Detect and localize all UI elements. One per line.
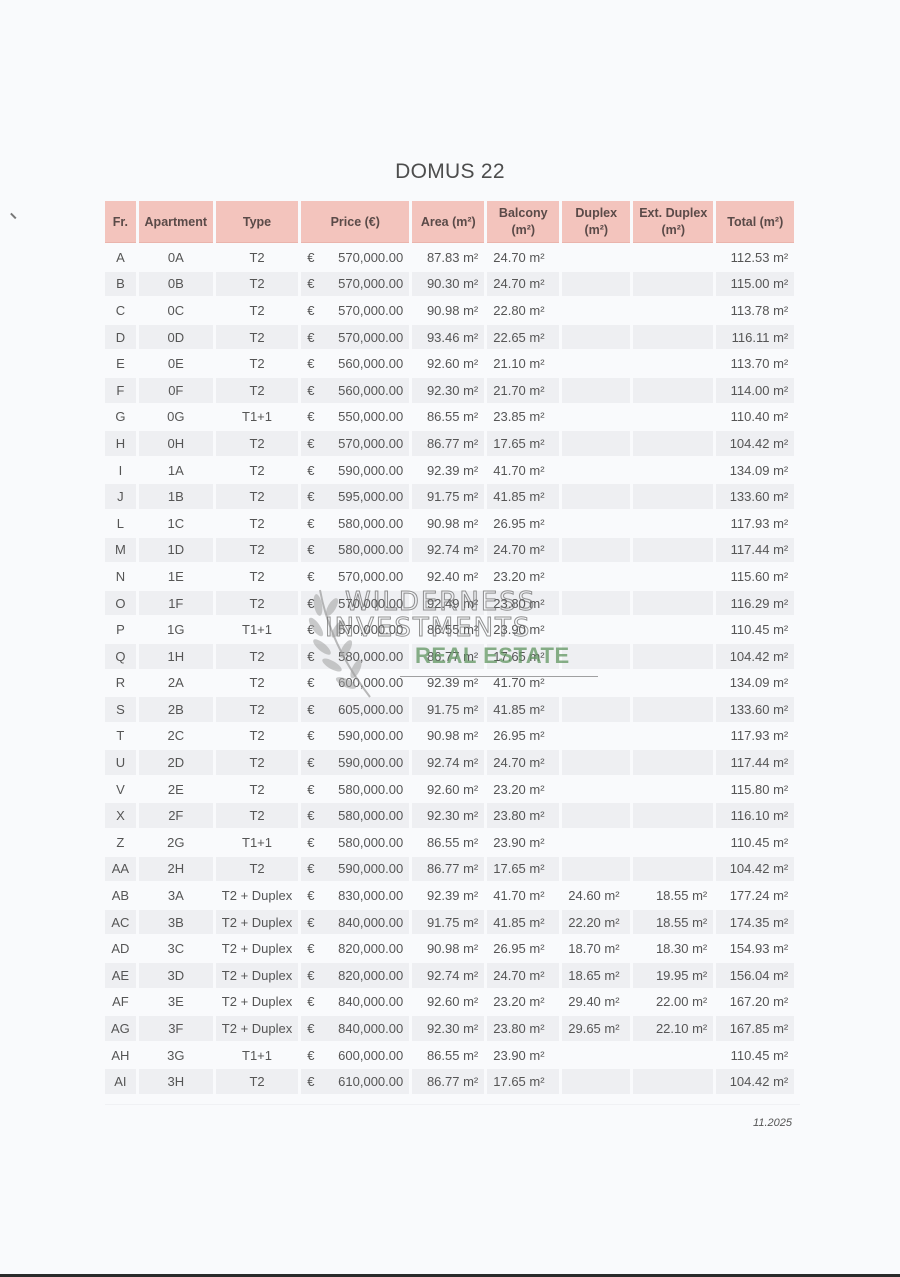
- table-row: S2BT2€605,000.0091.75 m²41.85 m²133.60 m…: [105, 697, 794, 722]
- cell-duplex: [562, 484, 630, 509]
- cell-fr: D: [105, 325, 136, 350]
- cell-fr: G: [105, 405, 136, 430]
- table-row: AI3HT2€610,000.0086.77 m²17.65 m²104.42 …: [105, 1069, 794, 1094]
- cell-fr: Z: [105, 830, 136, 855]
- cell-type: T2 + Duplex: [216, 963, 298, 988]
- cell-type: T2: [216, 777, 298, 802]
- cell-total: 174.35 m²: [716, 910, 794, 935]
- cell-area: 92.60 m²: [412, 351, 484, 376]
- cell-ext-duplex: 18.55 m²: [633, 910, 713, 935]
- cell-fr: Q: [105, 644, 136, 669]
- cell-price: €830,000.00: [301, 883, 409, 908]
- cell-apartment: 3F: [139, 1016, 213, 1041]
- cell-fr: X: [105, 803, 136, 828]
- cell-price: €590,000.00: [301, 458, 409, 483]
- cell-type: T2 + Duplex: [216, 936, 298, 961]
- cell-area: 86.77 m²: [412, 1069, 484, 1094]
- cell-area: 86.77 m²: [412, 857, 484, 882]
- currency-symbol: €: [307, 622, 314, 637]
- cell-fr: E: [105, 351, 136, 376]
- table-row: AE3DT2 + Duplex€820,000.0092.74 m²24.70 …: [105, 963, 794, 988]
- cell-price: €580,000.00: [301, 538, 409, 563]
- price-value: 830,000.00: [338, 888, 403, 903]
- table-row: Z2GT1+1€580,000.0086.55 m²23.90 m²110.45…: [105, 830, 794, 855]
- cell-price: €570,000.00: [301, 298, 409, 323]
- cell-type: T2: [216, 564, 298, 589]
- currency-symbol: €: [307, 808, 314, 823]
- cell-ext-duplex: [633, 830, 713, 855]
- cell-area: 91.75 m²: [412, 910, 484, 935]
- cell-fr: H: [105, 431, 136, 456]
- cell-balcony: 21.10 m²: [487, 351, 559, 376]
- cell-duplex: [562, 245, 630, 270]
- price-value: 580,000.00: [338, 835, 403, 850]
- cell-ext-duplex: [633, 511, 713, 536]
- currency-symbol: €: [307, 303, 314, 318]
- cell-balcony: 23.80 m²: [487, 803, 559, 828]
- cell-price: €580,000.00: [301, 803, 409, 828]
- cell-fr: L: [105, 511, 136, 536]
- cell-duplex: [562, 1069, 630, 1094]
- header-balcony: Balcony(m²): [487, 201, 559, 243]
- cell-apartment: 2B: [139, 697, 213, 722]
- cell-balcony: 23.80 m²: [487, 1016, 559, 1041]
- cell-apartment: 0C: [139, 298, 213, 323]
- cell-area: 92.30 m²: [412, 1016, 484, 1041]
- cell-total: 117.44 m²: [716, 750, 794, 775]
- cell-apartment: 0H: [139, 431, 213, 456]
- cell-area: 86.77 m²: [412, 644, 484, 669]
- table-row: M1DT2€580,000.0092.74 m²24.70 m²117.44 m…: [105, 538, 794, 563]
- cell-fr: M: [105, 538, 136, 563]
- cell-area: 93.46 m²: [412, 325, 484, 350]
- cell-ext-duplex: 18.55 m²: [633, 883, 713, 908]
- cell-apartment: 3B: [139, 910, 213, 935]
- cell-price: €600,000.00: [301, 671, 409, 696]
- currency-symbol: €: [307, 516, 314, 531]
- cell-total: 116.10 m²: [716, 803, 794, 828]
- price-value: 605,000.00: [338, 702, 403, 717]
- cell-type: T2 + Duplex: [216, 910, 298, 935]
- cell-area: 86.55 m²: [412, 617, 484, 642]
- scan-mark: [10, 213, 16, 219]
- cell-ext-duplex: [633, 298, 713, 323]
- cell-apartment: 1G: [139, 617, 213, 642]
- cell-area: 92.74 m²: [412, 963, 484, 988]
- currency-symbol: €: [307, 702, 314, 717]
- cell-area: 92.39 m²: [412, 671, 484, 696]
- currency-symbol: €: [307, 569, 314, 584]
- cell-duplex: [562, 857, 630, 882]
- cell-price: €590,000.00: [301, 750, 409, 775]
- table-row: E0ET2€560,000.0092.60 m²21.10 m²113.70 m…: [105, 351, 794, 376]
- cell-total: 113.78 m²: [716, 298, 794, 323]
- cell-fr: J: [105, 484, 136, 509]
- cell-duplex: [562, 431, 630, 456]
- cell-apartment: 0D: [139, 325, 213, 350]
- cell-type: T2: [216, 298, 298, 323]
- table-row: AC3BT2 + Duplex€840,000.0091.75 m²41.85 …: [105, 910, 794, 935]
- currency-symbol: €: [307, 409, 314, 424]
- cell-ext-duplex: [633, 484, 713, 509]
- cell-type: T2: [216, 325, 298, 350]
- cell-price: €560,000.00: [301, 378, 409, 403]
- price-value: 580,000.00: [338, 516, 403, 531]
- cell-price: €820,000.00: [301, 963, 409, 988]
- cell-type: T1+1: [216, 617, 298, 642]
- cell-apartment: 0G: [139, 405, 213, 430]
- cell-apartment: 2G: [139, 830, 213, 855]
- cell-total: 104.42 m²: [716, 431, 794, 456]
- cell-area: 91.75 m²: [412, 484, 484, 509]
- cell-ext-duplex: [633, 272, 713, 297]
- cell-total: 117.93 m²: [716, 724, 794, 749]
- cell-type: T2: [216, 671, 298, 696]
- cell-balcony: 23.90 m²: [487, 830, 559, 855]
- cell-fr: AI: [105, 1069, 136, 1094]
- cell-type: T2: [216, 431, 298, 456]
- cell-balcony: 24.70 m²: [487, 750, 559, 775]
- currency-symbol: €: [307, 1048, 314, 1063]
- table-row: AG3FT2 + Duplex€840,000.0092.30 m²23.80 …: [105, 1016, 794, 1041]
- cell-type: T2: [216, 750, 298, 775]
- cell-ext-duplex: [633, 803, 713, 828]
- currency-symbol: €: [307, 1074, 314, 1089]
- cell-price: €840,000.00: [301, 1016, 409, 1041]
- currency-symbol: €: [307, 915, 314, 930]
- header-duplex-line1: Duplex: [575, 206, 617, 220]
- cell-type: T2 + Duplex: [216, 990, 298, 1015]
- cell-duplex: [562, 750, 630, 775]
- cell-total: 104.42 m²: [716, 644, 794, 669]
- cell-type: T2: [216, 458, 298, 483]
- cell-fr: B: [105, 272, 136, 297]
- currency-symbol: €: [307, 675, 314, 690]
- cell-fr: AH: [105, 1043, 136, 1068]
- price-value: 570,000.00: [338, 330, 403, 345]
- cell-area: 90.98 m²: [412, 724, 484, 749]
- cell-balcony: 23.20 m²: [487, 990, 559, 1015]
- cell-price: €600,000.00: [301, 1043, 409, 1068]
- cell-type: T2: [216, 724, 298, 749]
- cell-ext-duplex: 19.95 m²: [633, 963, 713, 988]
- cell-type: T2: [216, 1069, 298, 1094]
- price-value: 550,000.00: [338, 409, 403, 424]
- cell-balcony: 41.70 m²: [487, 883, 559, 908]
- cell-duplex: [562, 298, 630, 323]
- cell-total: 133.60 m²: [716, 697, 794, 722]
- cell-price: €570,000.00: [301, 325, 409, 350]
- cell-price: €570,000.00: [301, 245, 409, 270]
- table-row: J1BT2€595,000.0091.75 m²41.85 m²133.60 m…: [105, 484, 794, 509]
- cell-price: €820,000.00: [301, 936, 409, 961]
- cell-price: €570,000.00: [301, 431, 409, 456]
- table-row: I1AT2€590,000.0092.39 m²41.70 m²134.09 m…: [105, 458, 794, 483]
- table-row: X2FT2€580,000.0092.30 m²23.80 m²116.10 m…: [105, 803, 794, 828]
- header-fr: Fr.: [105, 201, 136, 243]
- cell-type: T1+1: [216, 405, 298, 430]
- price-value: 820,000.00: [338, 941, 403, 956]
- cell-total: 113.70 m²: [716, 351, 794, 376]
- currency-symbol: €: [307, 994, 314, 1009]
- cell-apartment: 3G: [139, 1043, 213, 1068]
- cell-price: €570,000.00: [301, 591, 409, 616]
- price-value: 580,000.00: [338, 542, 403, 557]
- cell-price: €610,000.00: [301, 1069, 409, 1094]
- table-row: A0AT2€570,000.0087.83 m²24.70 m²112.53 m…: [105, 245, 794, 270]
- cell-apartment: 3A: [139, 883, 213, 908]
- cell-ext-duplex: [633, 644, 713, 669]
- price-value: 570,000.00: [338, 303, 403, 318]
- table-header-row: Fr. Apartment Type Price (€) Area (m²) B…: [105, 201, 794, 243]
- table-row: R2AT2€600,000.0092.39 m²41.70 m²134.09 m…: [105, 671, 794, 696]
- cell-ext-duplex: [633, 458, 713, 483]
- currency-symbol: €: [307, 755, 314, 770]
- currency-symbol: €: [307, 542, 314, 557]
- cell-total: 115.00 m²: [716, 272, 794, 297]
- cell-type: T2: [216, 511, 298, 536]
- table-row: H0HT2€570,000.0086.77 m²17.65 m²104.42 m…: [105, 431, 794, 456]
- cell-area: 91.75 m²: [412, 697, 484, 722]
- cell-price: €595,000.00: [301, 484, 409, 509]
- price-value: 600,000.00: [338, 675, 403, 690]
- cell-duplex: [562, 351, 630, 376]
- header-ext-duplex-line1: Ext. Duplex: [639, 206, 707, 220]
- header-duplex-line2: (m²): [584, 223, 608, 237]
- cell-type: T2 + Duplex: [216, 883, 298, 908]
- header-area: Area (m²): [412, 201, 484, 243]
- cell-fr: U: [105, 750, 136, 775]
- cell-apartment: 0A: [139, 245, 213, 270]
- cell-ext-duplex: [633, 378, 713, 403]
- price-value: 590,000.00: [338, 728, 403, 743]
- cell-area: 90.30 m²: [412, 272, 484, 297]
- cell-duplex: [562, 591, 630, 616]
- cell-type: T2: [216, 484, 298, 509]
- cell-total: 133.60 m²: [716, 484, 794, 509]
- table-row: AF3ET2 + Duplex€840,000.0092.60 m²23.20 …: [105, 990, 794, 1015]
- cell-balcony: 41.70 m²: [487, 671, 559, 696]
- cell-duplex: [562, 644, 630, 669]
- cell-ext-duplex: [633, 325, 713, 350]
- cell-total: 156.04 m²: [716, 963, 794, 988]
- price-value: 560,000.00: [338, 356, 403, 371]
- cell-ext-duplex: 22.00 m²: [633, 990, 713, 1015]
- document-title: DOMUS 22: [0, 160, 900, 184]
- cell-price: €570,000.00: [301, 272, 409, 297]
- cell-fr: AC: [105, 910, 136, 935]
- header-duplex: Duplex(m²): [562, 201, 630, 243]
- cell-duplex: 18.70 m²: [562, 936, 630, 961]
- price-table: Fr. Apartment Type Price (€) Area (m²) B…: [102, 199, 797, 1096]
- price-value: 560,000.00: [338, 383, 403, 398]
- price-value: 840,000.00: [338, 915, 403, 930]
- cell-duplex: [562, 378, 630, 403]
- header-apartment: Apartment: [139, 201, 213, 243]
- cell-duplex: [562, 777, 630, 802]
- cell-ext-duplex: [633, 724, 713, 749]
- cell-fr: AB: [105, 883, 136, 908]
- table-row: C0CT2€570,000.0090.98 m²22.80 m²113.78 m…: [105, 298, 794, 323]
- table-row: AD3CT2 + Duplex€820,000.0090.98 m²26.95 …: [105, 936, 794, 961]
- cell-total: 116.29 m²: [716, 591, 794, 616]
- currency-symbol: €: [307, 835, 314, 850]
- price-value: 570,000.00: [338, 569, 403, 584]
- cell-type: T2: [216, 351, 298, 376]
- cell-total: 110.45 m²: [716, 617, 794, 642]
- cell-area: 87.83 m²: [412, 245, 484, 270]
- price-value: 600,000.00: [338, 1048, 403, 1063]
- cell-apartment: 1H: [139, 644, 213, 669]
- cell-total: 117.44 m²: [716, 538, 794, 563]
- cell-balcony: 22.80 m²: [487, 298, 559, 323]
- currency-symbol: €: [307, 330, 314, 345]
- price-value: 590,000.00: [338, 755, 403, 770]
- table-row: V2ET2€580,000.0092.60 m²23.20 m²115.80 m…: [105, 777, 794, 802]
- header-total: Total (m²): [716, 201, 794, 243]
- cell-fr: O: [105, 591, 136, 616]
- currency-symbol: €: [307, 888, 314, 903]
- cell-balcony: 17.65 m²: [487, 644, 559, 669]
- cell-fr: AF: [105, 990, 136, 1015]
- header-type: Type: [216, 201, 298, 243]
- cell-type: T2 + Duplex: [216, 1016, 298, 1041]
- cell-fr: AE: [105, 963, 136, 988]
- price-value: 840,000.00: [338, 994, 403, 1009]
- price-value: 580,000.00: [338, 808, 403, 823]
- header-price: Price (€): [301, 201, 409, 243]
- header-balcony-line1: Balcony: [499, 206, 548, 220]
- cell-apartment: 3D: [139, 963, 213, 988]
- cell-total: 117.93 m²: [716, 511, 794, 536]
- cell-area: 86.55 m²: [412, 1043, 484, 1068]
- cell-area: 92.74 m²: [412, 538, 484, 563]
- cell-duplex: [562, 671, 630, 696]
- cell-fr: AG: [105, 1016, 136, 1041]
- cell-apartment: 1E: [139, 564, 213, 589]
- cell-duplex: [562, 564, 630, 589]
- cell-balcony: 17.65 m²: [487, 431, 559, 456]
- cell-type: T2: [216, 644, 298, 669]
- cell-ext-duplex: [633, 857, 713, 882]
- table-row: U2DT2€590,000.0092.74 m²24.70 m²117.44 m…: [105, 750, 794, 775]
- table-row: T2CT2€590,000.0090.98 m²26.95 m²117.93 m…: [105, 724, 794, 749]
- currency-symbol: €: [307, 728, 314, 743]
- price-value: 840,000.00: [338, 1021, 403, 1036]
- cell-apartment: 0B: [139, 272, 213, 297]
- cell-area: 92.39 m²: [412, 458, 484, 483]
- cell-balcony: 21.70 m²: [487, 378, 559, 403]
- cell-type: T1+1: [216, 830, 298, 855]
- currency-symbol: €: [307, 383, 314, 398]
- cell-total: 134.09 m²: [716, 458, 794, 483]
- cell-area: 92.60 m²: [412, 777, 484, 802]
- cell-ext-duplex: [633, 777, 713, 802]
- cell-balcony: 23.90 m²: [487, 617, 559, 642]
- cell-type: T2: [216, 378, 298, 403]
- cell-area: 92.60 m²: [412, 990, 484, 1015]
- cell-area: 86.77 m²: [412, 431, 484, 456]
- currency-symbol: €: [307, 489, 314, 504]
- cell-fr: T: [105, 724, 136, 749]
- cell-fr: P: [105, 617, 136, 642]
- cell-ext-duplex: [633, 564, 713, 589]
- table-row: F0FT2€560,000.0092.30 m²21.70 m²114.00 m…: [105, 378, 794, 403]
- cell-type: T2: [216, 272, 298, 297]
- currency-symbol: €: [307, 276, 314, 291]
- cell-balcony: 23.20 m²: [487, 777, 559, 802]
- cell-duplex: 29.40 m²: [562, 990, 630, 1015]
- cell-ext-duplex: [633, 697, 713, 722]
- currency-symbol: €: [307, 250, 314, 265]
- cell-fr: R: [105, 671, 136, 696]
- cell-price: €590,000.00: [301, 724, 409, 749]
- cell-balcony: 22.65 m²: [487, 325, 559, 350]
- cell-price: €550,000.00: [301, 405, 409, 430]
- cell-fr: V: [105, 777, 136, 802]
- cell-balcony: 41.85 m²: [487, 910, 559, 935]
- cell-duplex: [562, 538, 630, 563]
- cell-duplex: [562, 1043, 630, 1068]
- cell-apartment: 2D: [139, 750, 213, 775]
- cell-total: 104.42 m²: [716, 1069, 794, 1094]
- cell-total: 167.20 m²: [716, 990, 794, 1015]
- cell-price: €570,000.00: [301, 564, 409, 589]
- cell-type: T2: [216, 857, 298, 882]
- currency-symbol: €: [307, 649, 314, 664]
- cell-duplex: [562, 272, 630, 297]
- currency-symbol: €: [307, 941, 314, 956]
- price-value: 570,000.00: [338, 622, 403, 637]
- cell-fr: AA: [105, 857, 136, 882]
- cell-balcony: 17.65 m²: [487, 1069, 559, 1094]
- cell-balcony: 24.70 m²: [487, 245, 559, 270]
- cell-total: 104.42 m²: [716, 857, 794, 882]
- cell-duplex: 29.65 m²: [562, 1016, 630, 1041]
- cell-area: 92.49 m²: [412, 591, 484, 616]
- cell-total: 110.40 m²: [716, 405, 794, 430]
- cell-price: €580,000.00: [301, 777, 409, 802]
- cell-ext-duplex: 18.30 m²: [633, 936, 713, 961]
- table-row: B0BT2€570,000.0090.30 m²24.70 m²115.00 m…: [105, 272, 794, 297]
- cell-balcony: 17.65 m²: [487, 857, 559, 882]
- cell-balcony: 23.20 m²: [487, 564, 559, 589]
- table-body: A0AT2€570,000.0087.83 m²24.70 m²112.53 m…: [105, 245, 794, 1094]
- header-balcony-line2: (m²): [511, 223, 535, 237]
- cell-area: 90.98 m²: [412, 298, 484, 323]
- currency-symbol: €: [307, 968, 314, 983]
- price-value: 580,000.00: [338, 649, 403, 664]
- price-value: 820,000.00: [338, 968, 403, 983]
- currency-symbol: €: [307, 436, 314, 451]
- cell-price: €580,000.00: [301, 830, 409, 855]
- cell-balcony: 41.85 m²: [487, 697, 559, 722]
- cell-apartment: 0E: [139, 351, 213, 376]
- cell-ext-duplex: [633, 750, 713, 775]
- cell-fr: AD: [105, 936, 136, 961]
- table-row: AA2HT2€590,000.0086.77 m²17.65 m²104.42 …: [105, 857, 794, 882]
- footer-divider: [105, 1104, 800, 1105]
- price-value: 590,000.00: [338, 861, 403, 876]
- cell-apartment: 1F: [139, 591, 213, 616]
- cell-type: T2: [216, 697, 298, 722]
- cell-apartment: 2A: [139, 671, 213, 696]
- cell-balcony: 24.70 m²: [487, 538, 559, 563]
- currency-symbol: €: [307, 596, 314, 611]
- cell-balcony: 26.95 m²: [487, 724, 559, 749]
- cell-price: €840,000.00: [301, 910, 409, 935]
- cell-balcony: 41.70 m²: [487, 458, 559, 483]
